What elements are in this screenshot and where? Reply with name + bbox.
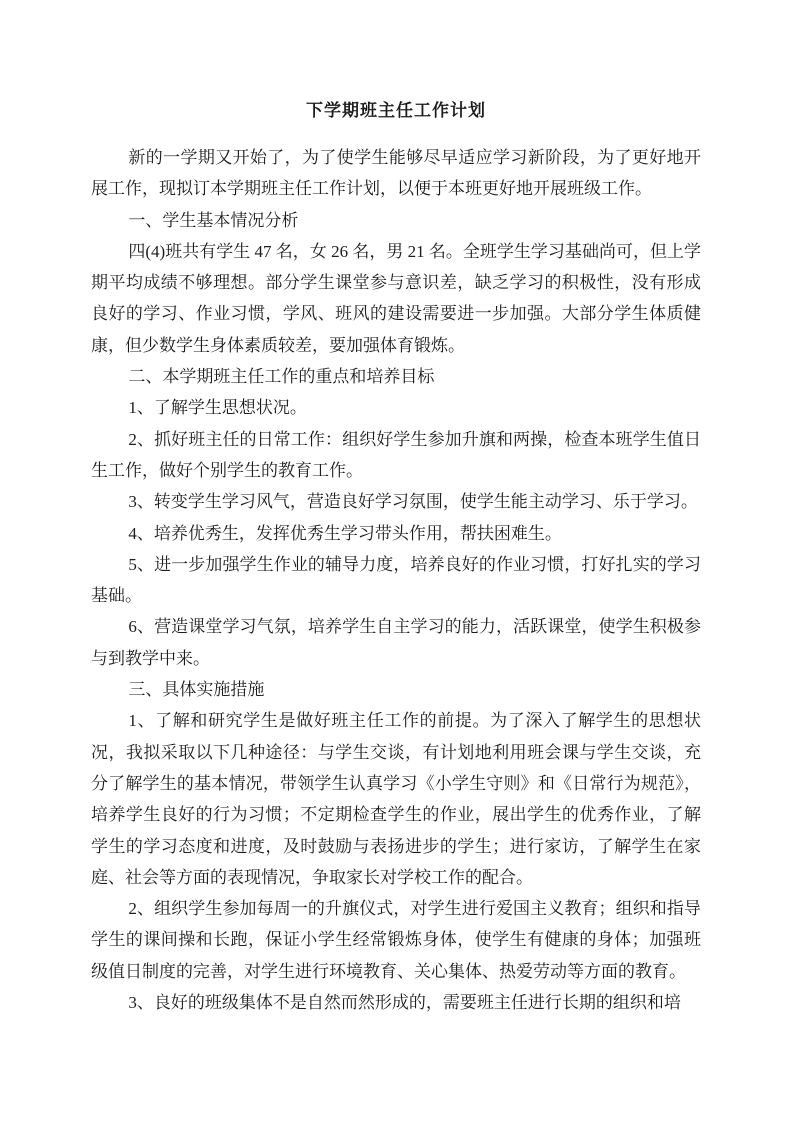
paragraph: 5、进一步加强学生作业的辅导力度，培养良好的作业习惯，打好扎实的学习基础。 [91, 549, 701, 612]
paragraph: 三、具体实施措施 [91, 674, 701, 705]
paragraph-list: 新的一学期又开始了，为了使学生能够尽早适应学习新阶段，为了更好地开展工作，现拟订… [91, 142, 701, 1018]
paragraph: 新的一学期又开始了，为了使学生能够尽早适应学习新阶段，为了更好地开展工作，现拟订… [91, 142, 701, 205]
paragraph: 3、转变学生学习风气，营造良好学习氛围，使学生能主动学习、乐于学习。 [91, 486, 701, 517]
paragraph: 1、了解学生思想状况。 [91, 392, 701, 423]
paragraph: 4、培养优秀生，发挥优秀生学习带头作用，帮扶困难生。 [91, 518, 701, 549]
paragraph: 6、营造课堂学习气氛，培养学生自主学习的能力，活跃课堂，使学生积极参与到教学中来… [91, 611, 701, 674]
paragraph: 一、学生基本情况分析 [91, 205, 701, 236]
paragraph: 四(4)班共有学生 47 名，女 26 名，男 21 名。全班学生学习基础尚可，… [91, 236, 701, 361]
paragraph: 1、了解和研究学生是做好班主任工作的前提。为了深入了解学生的思想状况，我拟采取以… [91, 705, 701, 893]
paragraph: 2、组织学生参加每周一的升旗仪式，对学生进行爱国主义教育；组织和指导学生的课间操… [91, 893, 701, 987]
document-title: 下学期班主任工作计划 [91, 95, 701, 126]
document-page: 下学期班主任工作计划 新的一学期又开始了，为了使学生能够尽早适应学习新阶段，为了… [0, 0, 793, 1122]
paragraph: 2、抓好班主任的日常工作：组织好学生参加升旗和两操，检查本班学生值日生工作，做好… [91, 424, 701, 487]
paragraph: 二、本学期班主任工作的重点和培养目标 [91, 361, 701, 392]
paragraph: 3、良好的班级集体不是自然而然形成的，需要班主任进行长期的组织和培 [91, 987, 701, 1018]
